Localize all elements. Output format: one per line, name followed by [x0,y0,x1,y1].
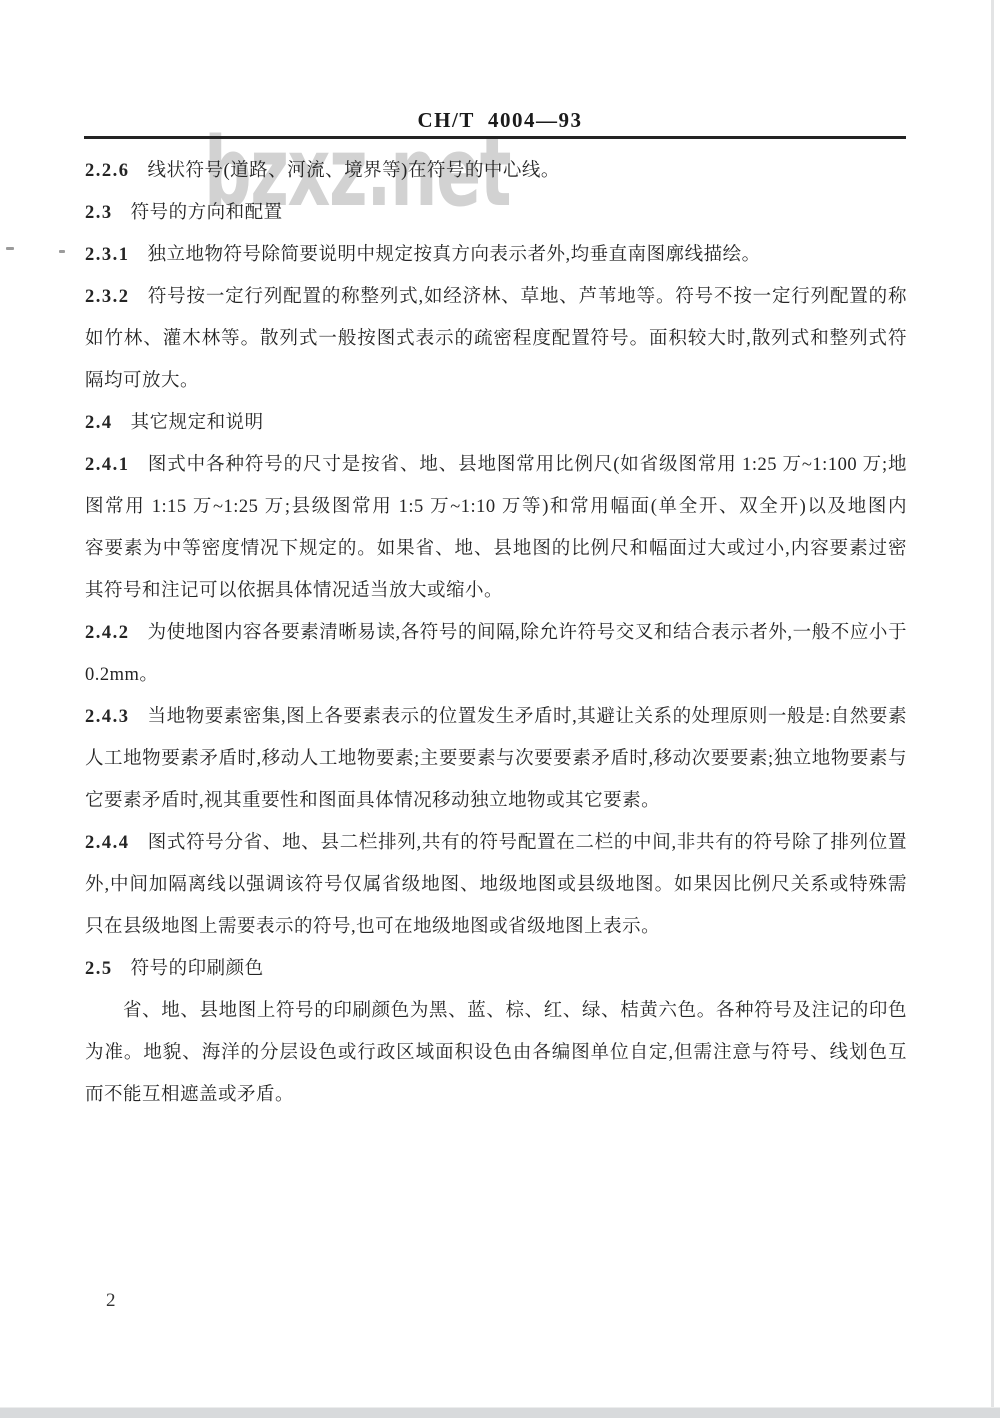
heading-2-3: 2.3符号的方向和配置 [85,192,907,234]
clause-text: 图式中各种符号的尺寸是按省、地、县地图常用比例尺(如省级图常用 1:25 万~1… [85,455,907,486]
text-line: 它要素矛盾时,视其重要性和图面具体情况移动独立地物或其它要素。 [85,780,907,822]
clause-number: 2.3 [85,203,113,223]
clause-text: 符号的印刷颜色 [131,959,264,979]
text-line: 隔均可放大。 [85,360,907,402]
header-rule [84,136,906,139]
clause-text: 其符号和注记可以依据具体情况适当放大或缩小。 [85,581,503,601]
document-header: CH/T 4004—93 [0,108,1000,133]
heading-2-4: 2.4其它规定和说明 [85,402,907,444]
clause-text: 外,中间加隔离线以强调该符号仅属省级地图、地级地图或县级地图。如果因比例尺关系或… [85,875,907,906]
clause-text: 人工地物要素矛盾时,移动人工地物要素;主要要素与次要要素矛盾时,移动次要要素;独… [85,749,907,780]
clause-text: 为准。地貌、海洋的分层设色或行政区域面积设色由各编图单位自定,但需注意与符号、线… [85,1043,907,1074]
text-line: 省、地、县地图上符号的印刷颜色为黑、蓝、棕、红、绿、桔黄六色。各种符号及注记的印… [85,990,907,1032]
text-line: 为准。地貌、海洋的分层设色或行政区域面积设色由各编图单位自定,但需注意与符号、线… [85,1032,907,1074]
clause-number: 2.4 [85,413,113,433]
text-line: 而不能互相遮盖或矛盾。 [85,1074,907,1116]
clause-2-4-1: 2.4.1图式中各种符号的尺寸是按省、地、县地图常用比例尺(如省级图常用 1:2… [85,444,907,486]
clause-text: 独立地物符号除简要说明中规定按真方向表示者外,均垂直南图廓线描绘。 [148,245,761,265]
clause-text: 省、地、县地图上符号的印刷颜色为黑、蓝、棕、红、绿、桔黄六色。各种符号及注记的印… [123,1001,907,1032]
clause-number: 2.3.1 [85,245,130,265]
scan-bottom-strip [0,1407,1000,1418]
text-line: 如竹林、灌木林等。散列式一般按图式表示的疏密程度配置符号。面积较大时,散列式和整… [85,318,907,360]
clause-text: 隔均可放大。 [85,371,199,391]
text-line: 其符号和注记可以依据具体情况适当放大或缩小。 [85,570,907,612]
scan-speck [59,250,65,253]
clause-text: 图常用 1:15 万~1:25 万;县级图常用 1:5 万~1:10 万等)和常… [85,497,907,517]
scan-speck [6,247,14,250]
text-line: 只在县级地图上需要表示的符号,也可在地级地图或省级地图上表示。 [85,906,907,948]
clause-text: 如竹林、灌木林等。散列式一般按图式表示的疏密程度配置符号。面积较大时,散列式和整… [85,329,907,360]
clause-text: 当地物要素密集,图上各要素表示的位置发生矛盾时,其避让关系的处理原则一般是:自然… [85,707,907,738]
clause-number: 2.4.4 [85,833,130,853]
scan-edge-line [991,0,994,1418]
text-line: 外,中间加隔离线以强调该符号仅属省级地图、地级地图或县级地图。如果因比例尺关系或… [85,864,907,906]
clause-text: 0.2mm。 [85,665,158,685]
document-body: 2.2.6线状符号(道路、河流、境界等)在符号的中心线。 2.3符号的方向和配置… [85,150,907,1116]
clause-text: 容要素为中等密度情况下规定的。如果省、地、县地图的比例尺和幅面过大或过小,内容要… [85,539,907,570]
text-line: 容要素为中等密度情况下规定的。如果省、地、县地图的比例尺和幅面过大或过小,内容要… [85,528,907,570]
clause-2-2-6: 2.2.6线状符号(道路、河流、境界等)在符号的中心线。 [85,150,907,192]
clause-text: 为使地图内容各要素清晰易读,各符号的间隔,除允许符号交叉和结合表示者外,一般不应… [148,623,908,643]
clause-number: 2.4.2 [85,623,130,643]
clause-text: 只在县级地图上需要表示的符号,也可在地级地图或省级地图上表示。 [85,917,660,937]
clause-2-4-4: 2.4.4图式符号分省、地、县二栏排列,共有的符号配置在二栏的中间,非共有的符号… [85,822,907,864]
heading-2-5: 2.5符号的印刷颜色 [85,948,907,990]
text-line: 0.2mm。 [85,654,907,696]
clause-text: 其它规定和说明 [131,413,264,433]
clause-2-3-1: 2.3.1独立地物符号除简要说明中规定按真方向表示者外,均垂直南图廓线描绘。 [85,234,907,276]
clause-text: 它要素矛盾时,视其重要性和图面具体情况移动独立地物或其它要素。 [85,791,660,811]
clause-number: 2.3.2 [85,287,130,307]
clause-number: 2.5 [85,959,113,979]
clause-number: 2.4.3 [85,707,130,727]
clause-text: 而不能互相遮盖或矛盾。 [85,1085,294,1105]
clause-text: 符号的方向和配置 [131,203,283,223]
page-number: 2 [106,1290,116,1312]
clause-2-4-2: 2.4.2为使地图内容各要素清晰易读,各符号的间隔,除允许符号交叉和结合表示者外… [85,612,907,654]
clause-text: 符号按一定行列配置的称整列式,如经济林、草地、芦苇地等。符号不按一定行列配置的称… [85,287,907,318]
clause-text: 线状符号(道路、河流、境界等)在符号的中心线。 [148,161,560,181]
clause-number: 2.2.6 [85,161,130,181]
clause-2-4-3: 2.4.3当地物要素密集,图上各要素表示的位置发生矛盾时,其避让关系的处理原则一… [85,696,907,738]
clause-text: 图式符号分省、地、县二栏排列,共有的符号配置在二栏的中间,非共有的符号除了排列位… [85,833,907,864]
clause-2-3-2: 2.3.2符号按一定行列配置的称整列式,如经济林、草地、芦苇地等。符号不按一定行… [85,276,907,318]
clause-number: 2.4.1 [85,455,130,475]
text-line: 人工地物要素矛盾时,移动人工地物要素;主要要素与次要要素矛盾时,移动次要要素;独… [85,738,907,780]
text-line: 图常用 1:15 万~1:25 万;县级图常用 1:5 万~1:10 万等)和常… [85,486,907,528]
